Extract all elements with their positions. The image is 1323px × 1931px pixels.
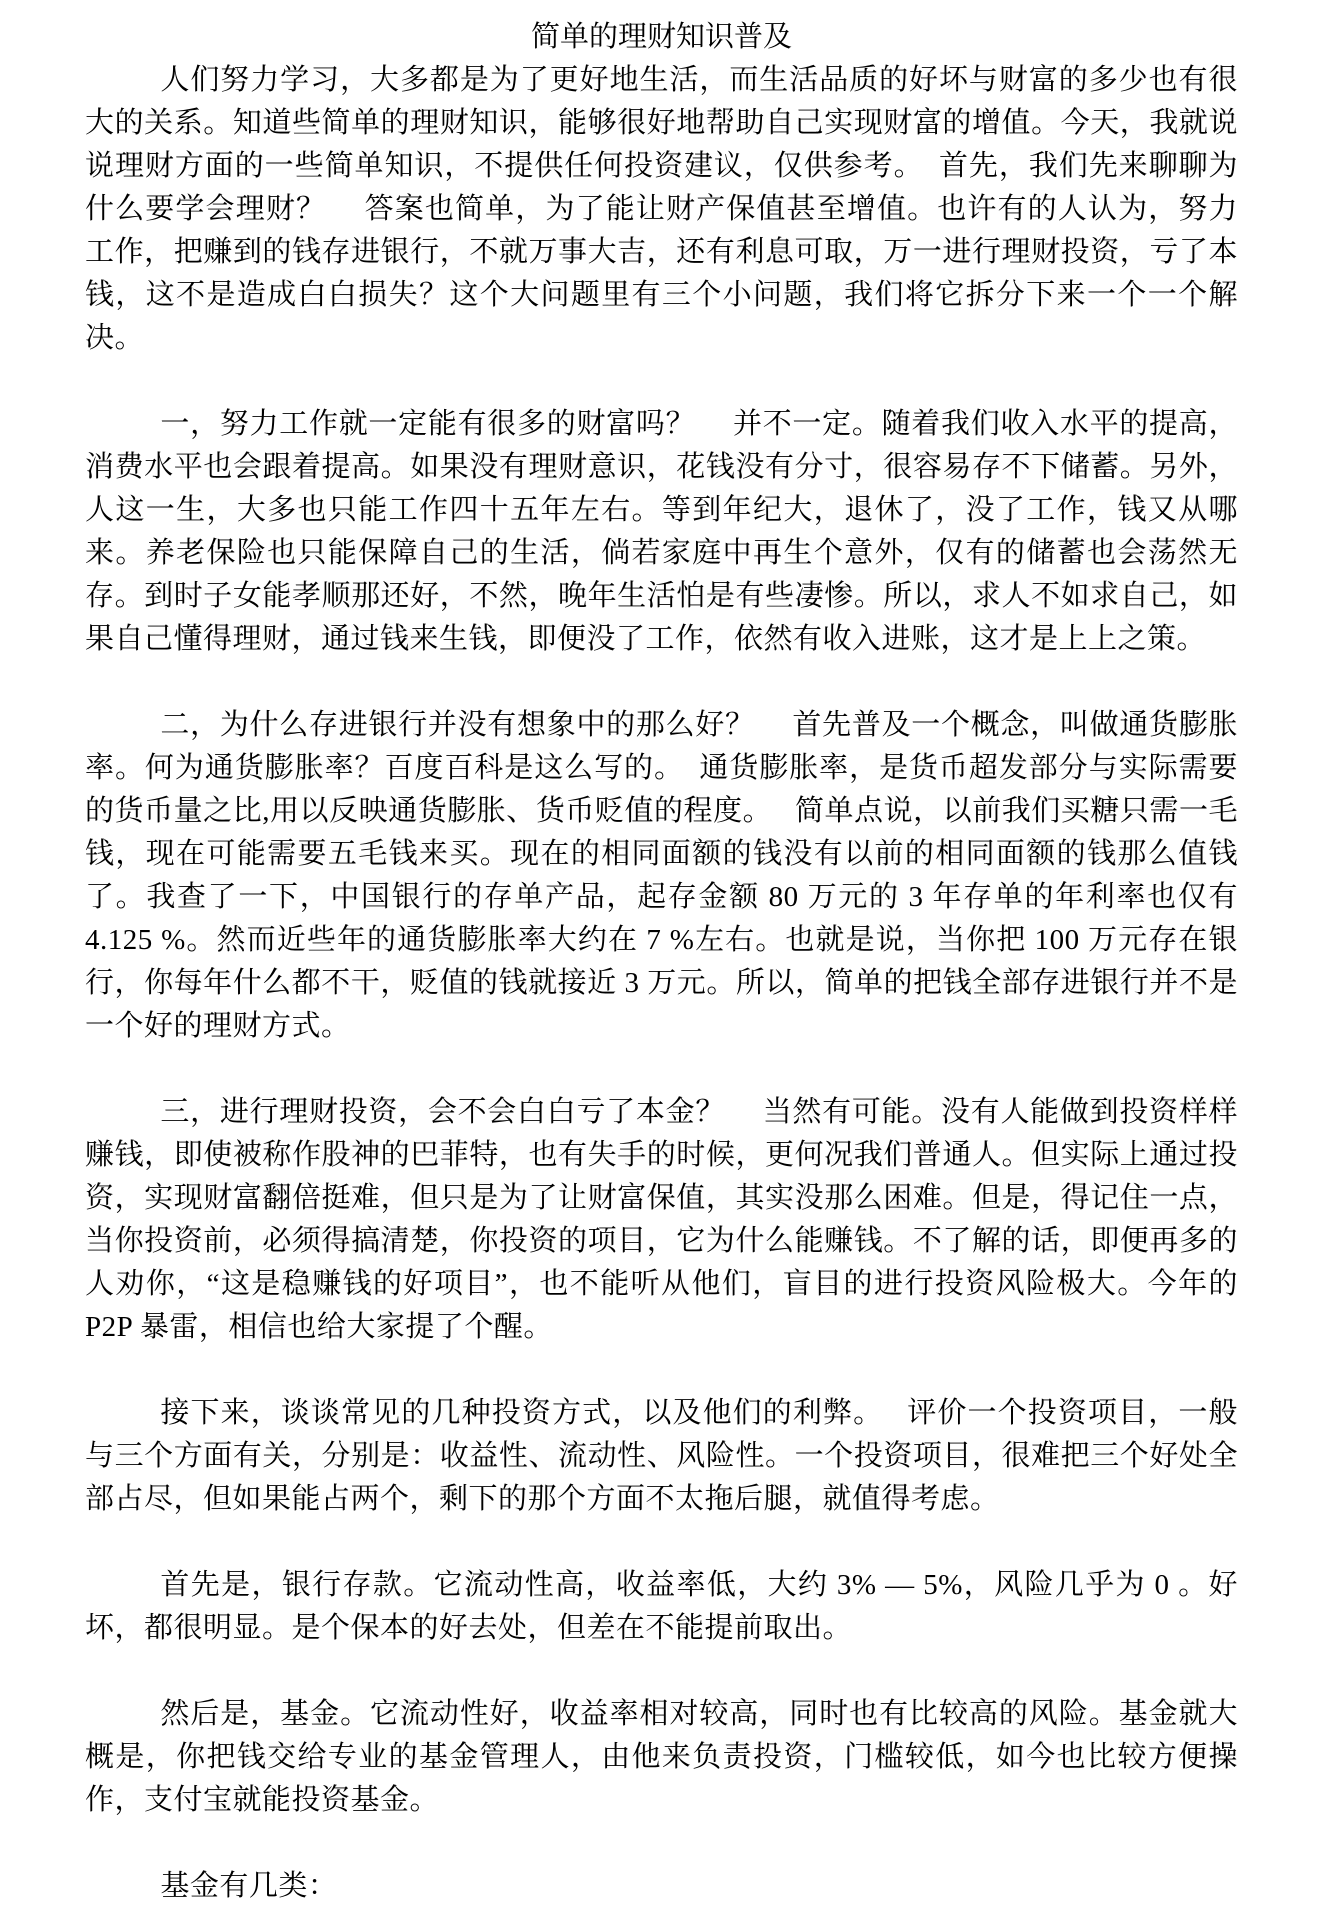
paragraph-investment-criteria: 接下来，谈谈常见的几种投资方式，以及他们的利弊。 评价一个投资项目，一般与三个方… <box>85 1392 1238 1521</box>
paragraph-bank-savings: 首先是，银行存款。它流动性高，收益率低，大约 3% — 5%，风险几乎为 0 。… <box>85 1564 1238 1650</box>
paragraph-fund-types-lead-in: 基金有几类： <box>85 1865 1238 1908</box>
paragraph-question-3-investment-risk: 三，进行理财投资，会不会白白亏了本金？ 当然有可能。没有人能做到投资样样赚钱，即… <box>85 1091 1238 1349</box>
document-page: 简单的理财知识普及 人们努力学习，大多都是为了更好地生活，而生活品质的好坏与财富… <box>0 0 1323 1931</box>
paragraph-question-2-bank-deposit-inflation: 二，为什么存进银行并没有想象中的那么好？ 首先普及一个概念，叫做通货膨胀率。何为… <box>85 704 1238 1048</box>
paragraph-funds: 然后是，基金。它流动性好，收益率相对较高，同时也有比较高的风险。基金就大概是，你… <box>85 1693 1238 1822</box>
document-title: 简单的理财知识普及 <box>85 16 1238 59</box>
paragraph-question-1-hard-work: 一，努力工作就一定能有很多的财富吗？ 并不一定。随着我们收入水平的提高，消费水平… <box>85 403 1238 661</box>
paragraph-intro: 人们努力学习，大多都是为了更好地生活，而生活品质的好坏与财富的多少也有很大的关系… <box>85 59 1238 360</box>
